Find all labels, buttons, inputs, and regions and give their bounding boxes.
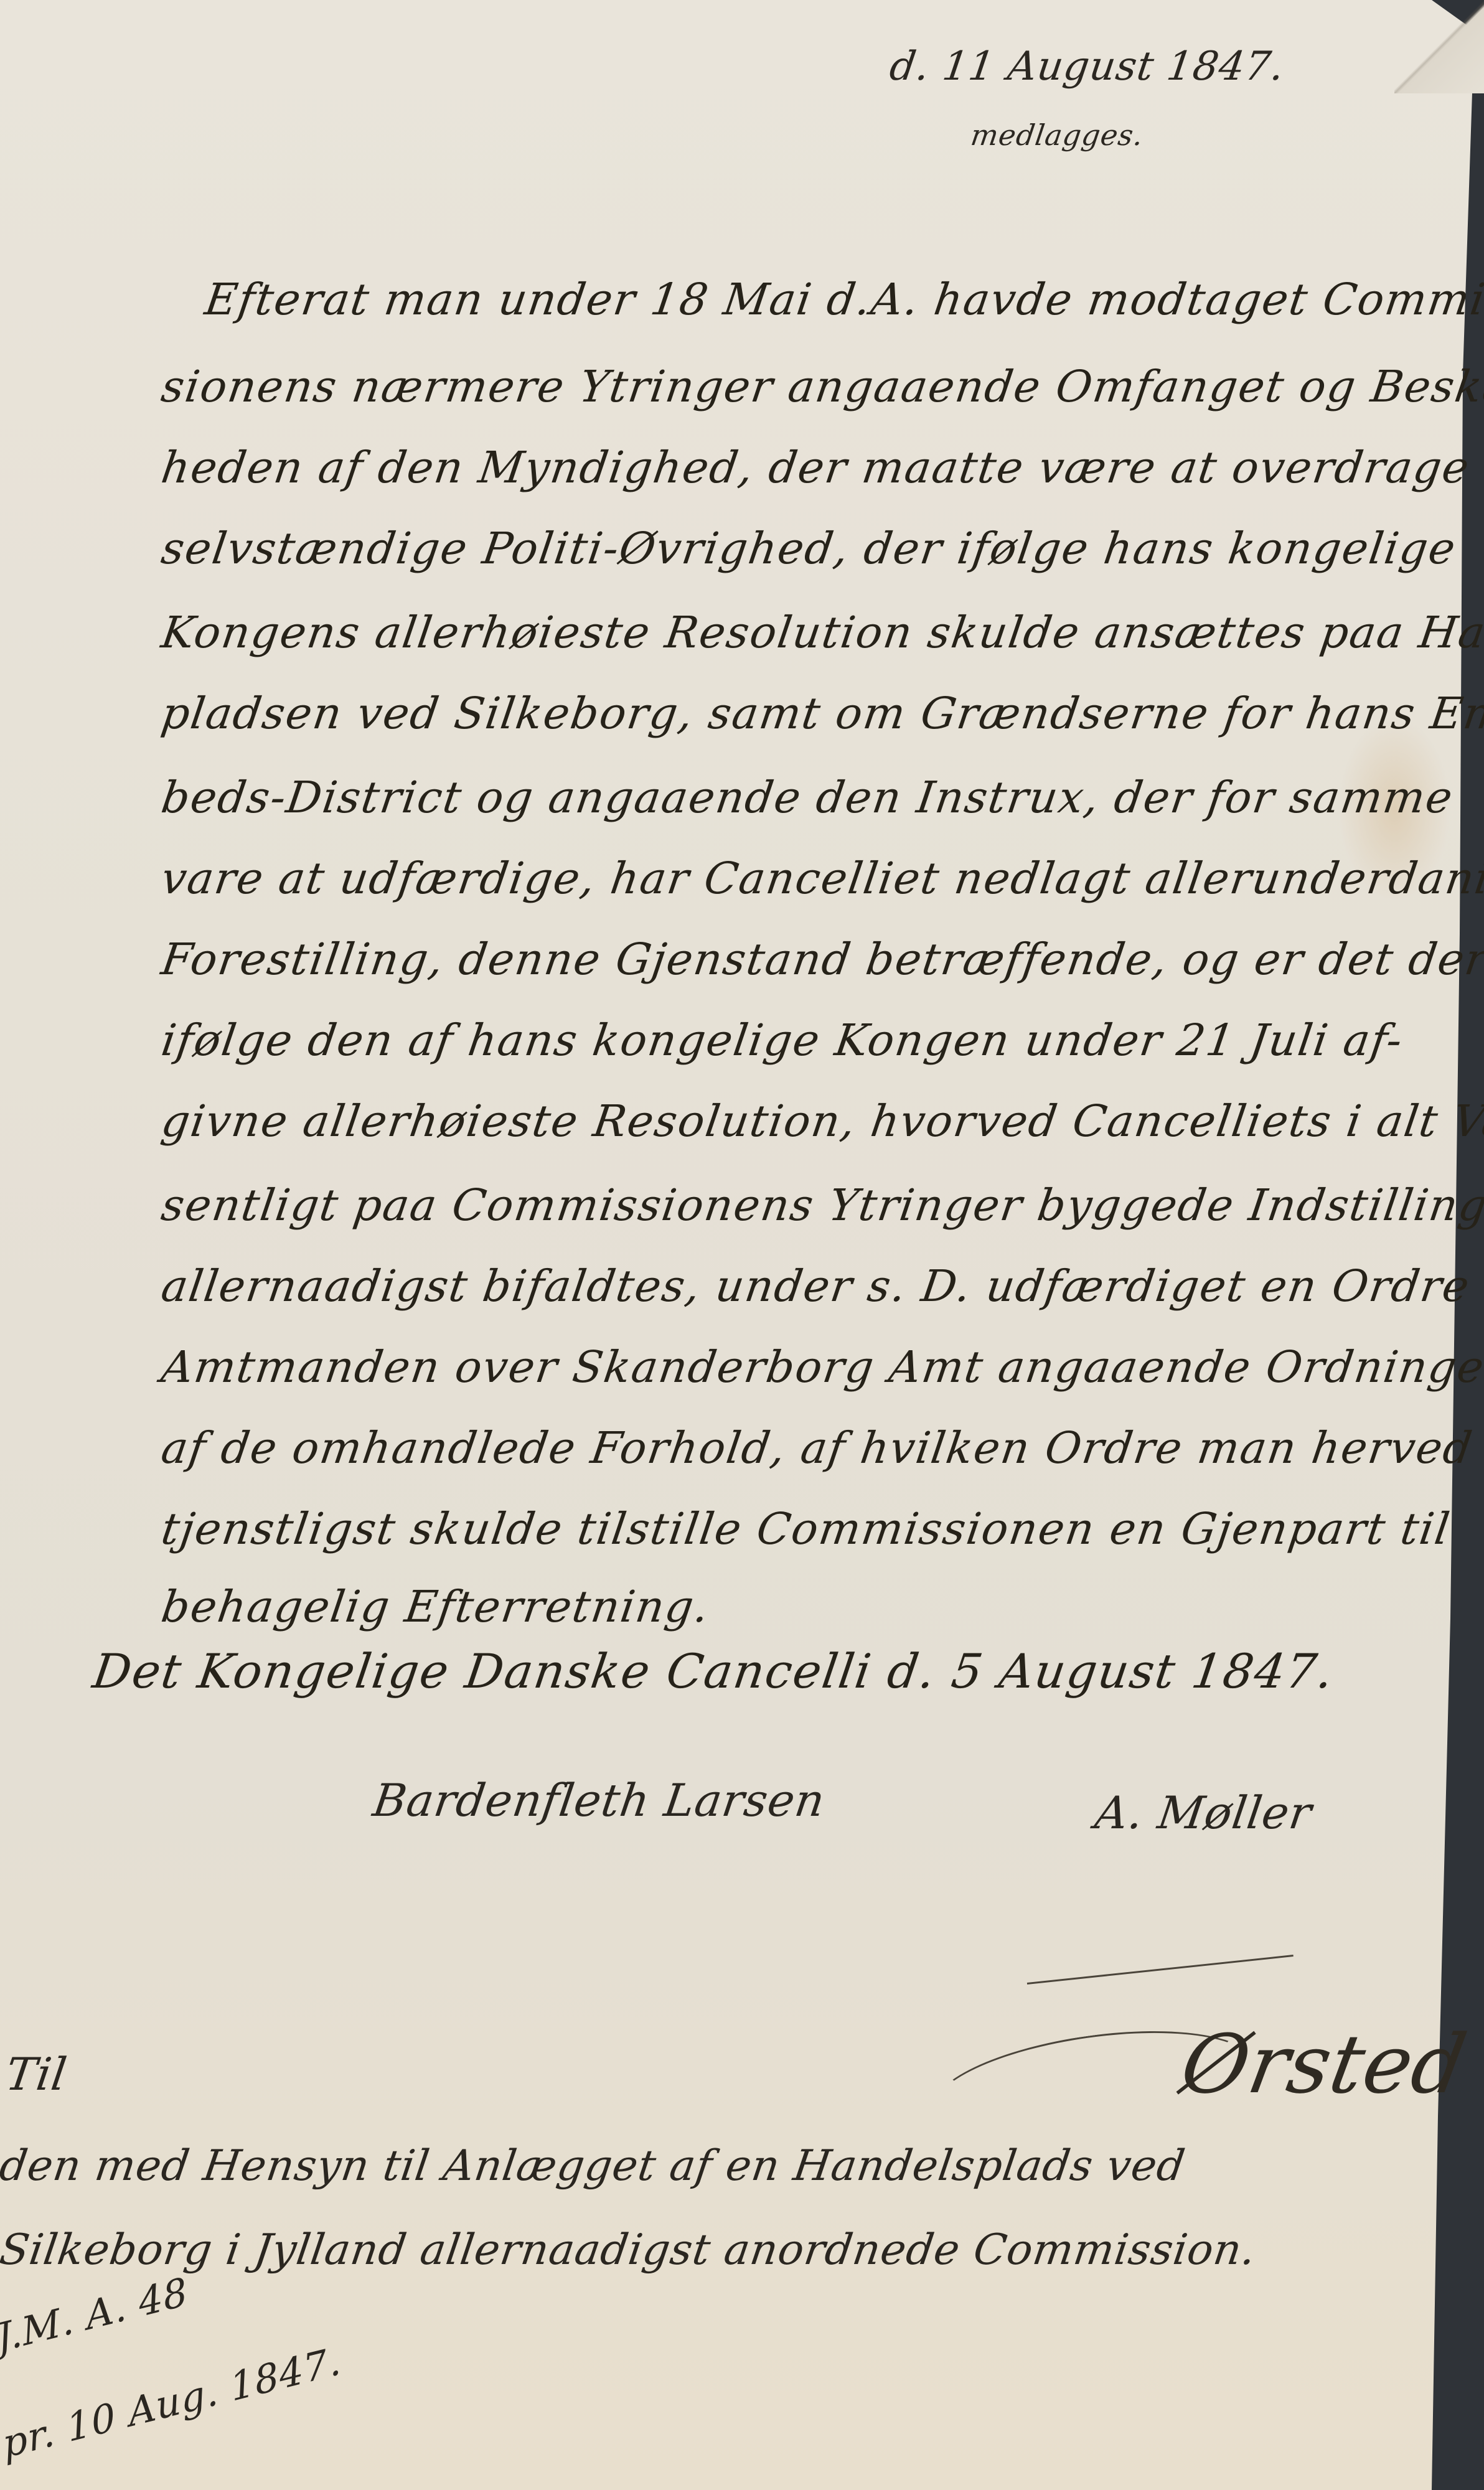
body-line: Amtmanden over Skanderborg Amt angaaende… [158,1341,1484,1393]
reference-note: medlagges. [969,118,1145,152]
address-line: Silkeborg i Jylland allernaadigst anordn… [0,2225,1259,2275]
body-line: Efterat man under 18 Mai d.A. havde modt… [202,274,1484,325]
body-line: ifølge den af hans kongelige Kongen unde… [158,1015,1406,1066]
body-line: pladsen ved Silkeborg, samt om Grændsern… [158,688,1484,739]
address-line: den med Hensyn til Anlægget af en Handel… [0,2141,1188,2191]
body-line: tjenstligst skulde tilstille Commissione… [158,1503,1453,1554]
closing-line: Det Kongelige Danske Cancelli d. 5 Augus… [90,1643,1338,1699]
body-line: sentligt paa Commissionens Ytringer bygg… [158,1180,1484,1231]
body-line: selvstændige Politi-Øvrighed, der ifølge… [158,523,1459,574]
address-prefix: Til [2,2048,70,2100]
body-line: af de omhandlede Forhold, af hvilken Ord… [158,1422,1476,1473]
body-line: heden af den Myndighed, der maatte være … [158,442,1484,493]
body-line: beds-District og angaaende den Instrux, … [158,772,1457,823]
body-line: allernaadigst bifaldtes, under s. D. udf… [158,1261,1484,1312]
signature-left: Bardenfleth Larsen [370,1774,829,1826]
folded-corner [1394,0,1484,93]
body-line: sionens nærmere Ytringer angaaende Omfan… [158,361,1484,412]
body-line: Kongens allerhøieste Resolution skulde a… [158,607,1484,658]
signature-main: Ørsted [1175,2017,1474,2112]
body-line: Forestilling, denne Gjenstand betræffend… [158,934,1484,985]
body-line: behagelig Efterretning. [158,1581,713,1632]
body-line: givne allerhøieste Resolution, hvorved C… [158,1096,1484,1147]
body-line: vare at udfærdige, har Cancelliet nedlag… [158,853,1484,904]
reference-date: d. 11 August 1847. [887,44,1288,90]
document-viewer: d. 11 August 1847. medlagges. Efterat ma… [0,0,1484,2490]
signature-right: A. Møller [1092,1787,1315,1839]
